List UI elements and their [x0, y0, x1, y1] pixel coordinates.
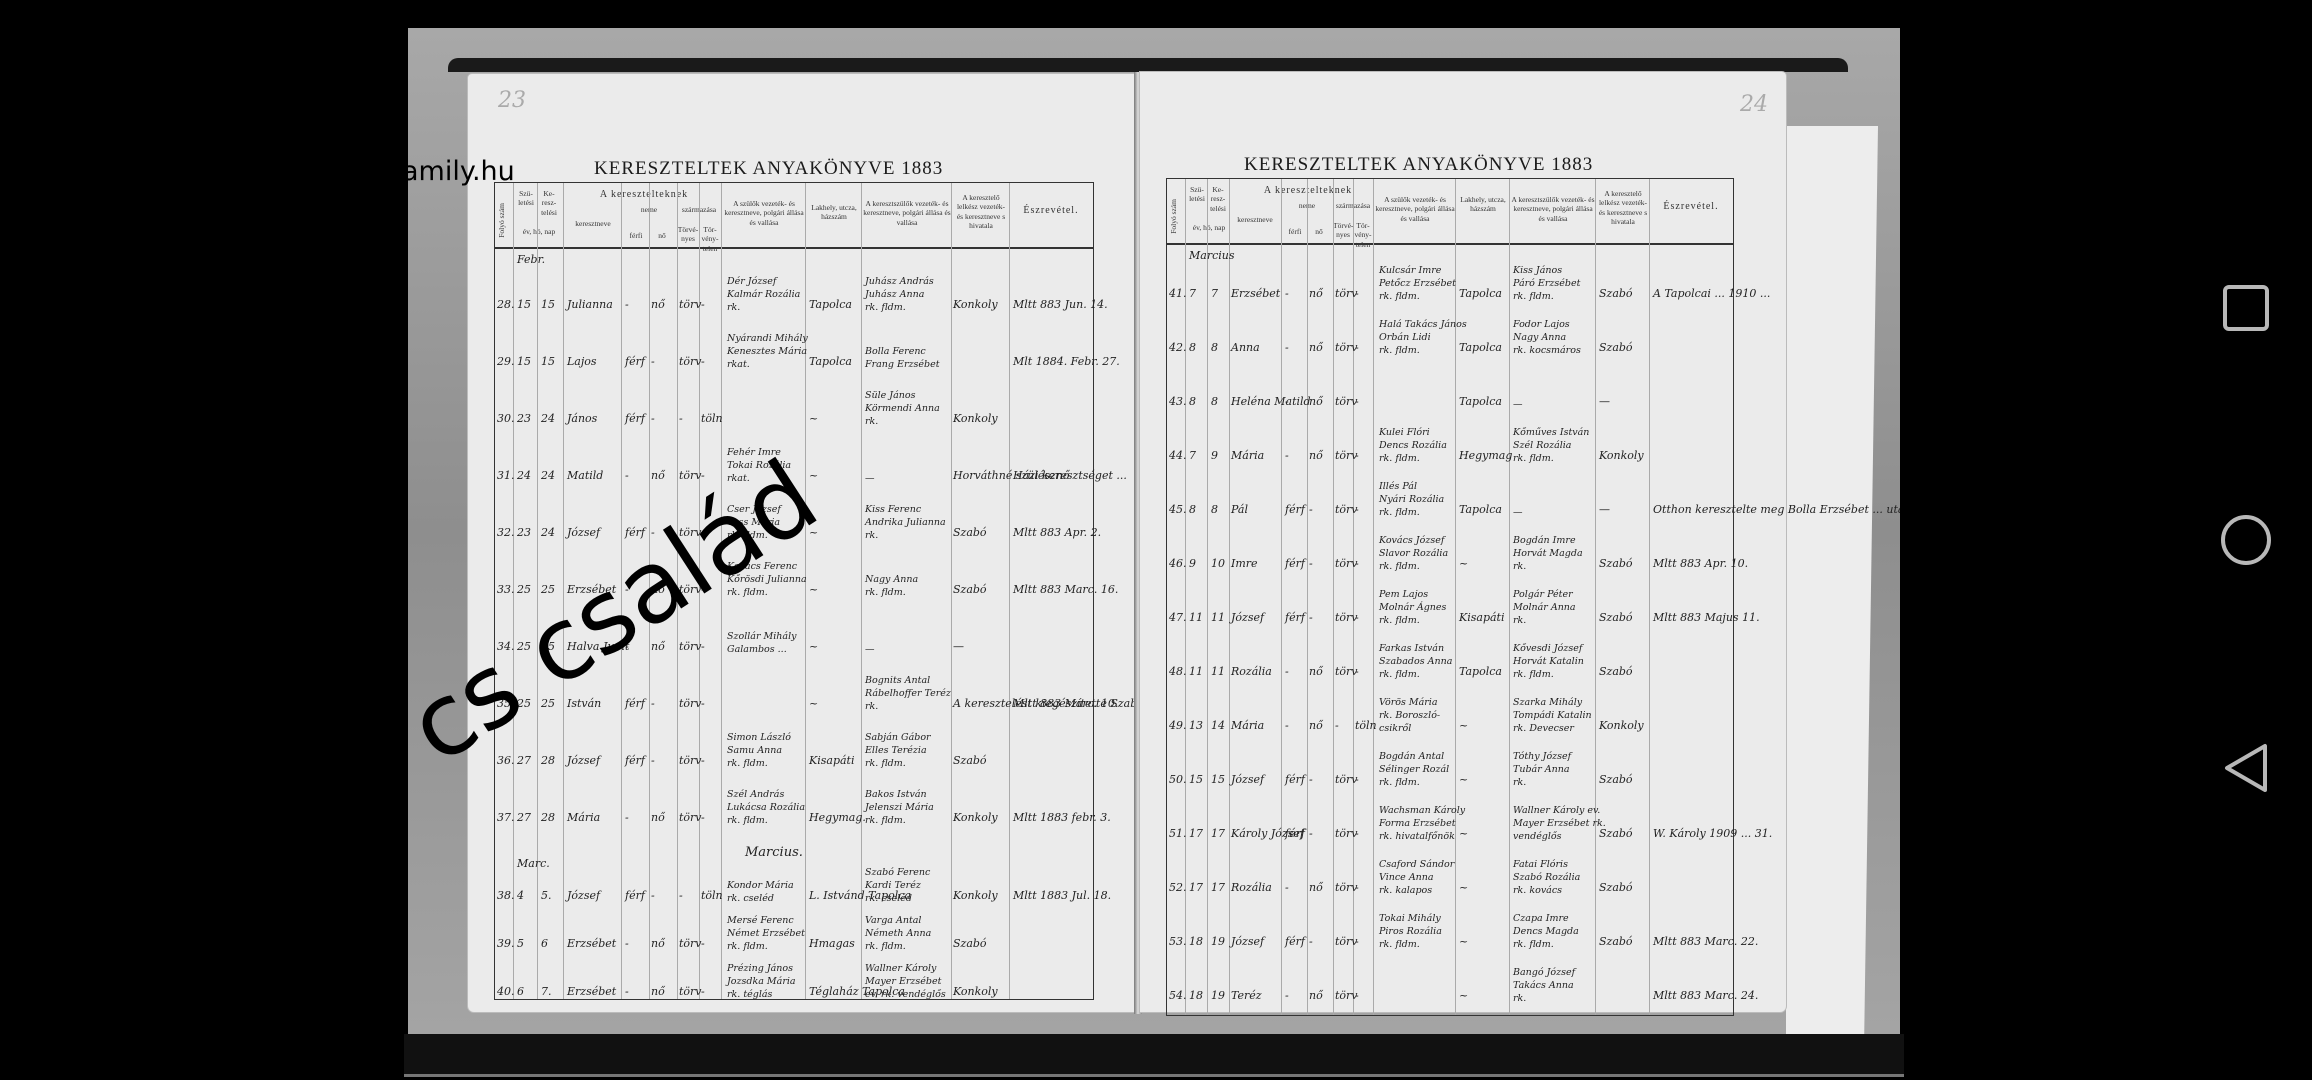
birth-day: 9 [1189, 557, 1196, 570]
sex-male: férf [1285, 773, 1305, 786]
parents-line: rk. fldm. [727, 530, 768, 542]
header-lakhely: Lakhely, utcza, házszám [807, 203, 861, 222]
given-name: Matild [567, 469, 603, 482]
header-keresztszulok: A keresztszülők vezeték- és keresztneve,… [863, 199, 951, 227]
entry-number: 49. [1169, 719, 1187, 732]
baptism-day: 19 [1211, 989, 1225, 1002]
parents-line: Lukácsa Rozália [727, 802, 805, 814]
godparents-line: Mayer Erzsébet rk. [1513, 818, 1606, 830]
residence: ~ [1459, 827, 1468, 840]
priest: Szabó [953, 526, 987, 539]
sex-male: - [1285, 287, 1289, 300]
residence: ~ [1459, 719, 1468, 732]
page-title: KERESZTELTEK ANYAKÖNYVE 1883 [594, 158, 943, 180]
birth-day: 24 [517, 469, 531, 482]
residence: Hmagas [809, 937, 855, 950]
header-keresztelesi: Ke-resz-telési [537, 189, 561, 217]
baptism-day: 15 [1211, 773, 1225, 786]
sex-female: nő [1309, 449, 1323, 462]
given-name: Heléna Matild [1231, 395, 1311, 408]
baptism-day: 8 [1211, 341, 1218, 354]
birth-day: 11 [1189, 665, 1203, 678]
parents-line: Tokai Mihály [1379, 913, 1441, 925]
illegitimate: - [1355, 773, 1359, 786]
parents-line: rkat. [727, 473, 750, 485]
sex-male: - [625, 469, 629, 482]
sex-female: - [1309, 611, 1313, 624]
parents-line: Nyári Rozália [1379, 494, 1444, 506]
android-navigation-bar [2180, 0, 2312, 1080]
sex-female: nő [1309, 989, 1323, 1002]
birth-day: 25 [517, 583, 531, 596]
document-scan[interactable]: 23 KERESZTELTEK ANYAKÖNYVE 1883 Folyó sz… [408, 28, 1900, 1034]
baptism-day: 7. [541, 985, 552, 998]
birth-day: 6 [517, 985, 524, 998]
parents-line: Nyárandi Mihály [727, 333, 808, 345]
birth-day: 17 [1189, 881, 1203, 894]
header-szuletesi: Szü-letési [1187, 185, 1207, 204]
parents-line: rk. fldm. [1379, 669, 1420, 681]
godparents-line: rk. fldm. [1513, 291, 1554, 303]
sex-female: nő [1309, 341, 1323, 354]
legitimate: törv [679, 640, 702, 653]
parents-line: Tokai Rozália [727, 460, 791, 472]
baptism-day: 25 [541, 640, 555, 653]
entry-number: 37. [497, 811, 515, 824]
residence: Tapolca [1459, 341, 1502, 354]
table-row: 47.1111Józsefférf-törv-KisapátiSzabóMltt… [1167, 575, 1733, 629]
residence: Hegymag [1459, 449, 1512, 462]
table-row: 52.1717Rozália-nőtörv-~SzabóCsaford Sánd… [1167, 845, 1733, 899]
residence: ~ [809, 697, 818, 710]
godparents-line: vendéglős [1513, 831, 1562, 843]
header-keresztneve: keresztneve [1229, 215, 1281, 224]
header-lakhely: Lakhely, utcza, házszám [1457, 195, 1509, 214]
godparents-line: Páró Erzsébet [1513, 278, 1580, 290]
triangle-back-icon [2221, 742, 2271, 794]
priest: — [1599, 503, 1610, 516]
sex-male: - [1285, 989, 1289, 1002]
entry-number: 46. [1169, 557, 1187, 570]
priest: Szabó [1599, 935, 1633, 948]
given-name: Pál [1231, 503, 1248, 516]
godparents-line: rk. Devecser [1513, 723, 1574, 735]
table-row: 34.2525Halva Judit-nőtörv-~—Szollár Mihá… [495, 601, 1093, 658]
legitimate: - [1335, 719, 1339, 732]
residence: Tapolca [809, 298, 852, 311]
legitimate: - [679, 889, 683, 902]
baptism-day: 25 [541, 697, 555, 710]
illegitimate: töln [701, 412, 723, 425]
godparents-line: Mayer Erzsébet [865, 976, 941, 988]
godparents-line: Kiss János [1513, 265, 1562, 277]
sex-male: - [1285, 449, 1289, 462]
birth-day: 23 [517, 526, 531, 539]
godparents-line: Fatai Flóris [1513, 859, 1568, 871]
parents-line: Német Erzsébet [727, 928, 805, 940]
remark: Mltt 883 Marc. 16. [1013, 583, 1118, 596]
birth-day: 8 [1189, 395, 1196, 408]
table-row: 45.88Pálférf-törv-Tapolca—Otthon kereszt… [1167, 467, 1733, 521]
residence: Tapolca [1459, 503, 1502, 516]
sex-female: nő [651, 469, 665, 482]
sex-male: - [1285, 881, 1289, 894]
residence: Kisapáti [809, 754, 854, 767]
baptism-day: 24 [541, 412, 555, 425]
legitimate: törv [679, 754, 702, 767]
birth-day: 18 [1189, 935, 1203, 948]
priest: Szabó [1599, 881, 1633, 894]
godparents-line: — [1513, 507, 1523, 519]
table-row: 35.2525Istvánférf-törv-~A keresztelést k… [495, 658, 1093, 715]
godparents-line: Körmendi Anna [865, 403, 940, 415]
parents-line: Csaford Sándor [1379, 859, 1454, 871]
parents-line: Kenesztes Mária [727, 346, 807, 358]
residence: Hegymag. [809, 811, 866, 824]
remark: Mltt 1883 Jul. 18. [1013, 889, 1111, 902]
godparents-line: Wallner Károly [865, 963, 936, 975]
godparents-line: Nagy Anna [1513, 332, 1566, 344]
sex-female: - [1309, 773, 1313, 786]
godparents-line: rk. kovács [1513, 885, 1562, 897]
given-name: Rozália [1231, 665, 1272, 678]
priest: Konkoly [953, 889, 998, 902]
baptism-day: 11 [1211, 665, 1225, 678]
godparents-line: Süle János [865, 390, 916, 402]
sex-female: - [651, 526, 655, 539]
table-row: 40.67.Erzsébet-nőtörv-Téglaház TapolcaKo… [495, 955, 1093, 1003]
header-no: nő [649, 231, 675, 240]
residence: Tapolca [809, 355, 852, 368]
given-name: Teréz [1231, 989, 1262, 1002]
birth-day: 8 [1189, 341, 1196, 354]
parents-line: rk. fldm. [1379, 345, 1420, 357]
parents-line: Vörös Mária [1379, 697, 1438, 709]
priest: — [953, 640, 964, 653]
godparents-line: ev. rk. vendéglős [865, 989, 946, 1001]
birth-day: 5 [517, 937, 524, 950]
godparents-line: Czapa Imre [1513, 913, 1569, 925]
parents-line: rk. [727, 302, 740, 314]
table-row: 32.2324Józsefférf-törv-~SzabóMltt 883 Ap… [495, 487, 1093, 544]
table-body: Febr. 28.1515Julianna-nőtörv-TapolcaKonk… [495, 249, 1093, 999]
parents-line: Forma Erzsébet [1379, 818, 1456, 830]
godparents-line: Bognits Antal [865, 675, 930, 687]
residence: ~ [1459, 989, 1468, 1002]
illegitimate: - [701, 298, 705, 311]
parents-line: Szél András [727, 789, 784, 801]
header-eszrevetel: Észrevétel. [1651, 201, 1731, 214]
godparents-line: rk. fldm. [1513, 669, 1554, 681]
entry-number: 48. [1169, 665, 1187, 678]
header-keresztszulok: A keresztszülők vezeték- és keresztneve,… [1511, 195, 1595, 223]
baptism-day: 15 [541, 355, 555, 368]
table-row: 44.79Mária-nőtörv-HegymagKonkolyKulei Fl… [1167, 413, 1733, 467]
header-keresztneve: keresztneve [565, 219, 621, 228]
entry-number: 41. [1169, 287, 1187, 300]
sex-male: férf [625, 526, 645, 539]
given-name: József [567, 754, 600, 767]
right-page: 24 KERESZTELTEK ANYAKÖNYVE 1883 Folyó sz… [1140, 72, 1786, 1012]
illegitimate: töln [1355, 719, 1377, 732]
home-button[interactable] [2206, 500, 2286, 580]
godparents-line: rk. [1513, 615, 1526, 627]
sex-female: nő [1309, 395, 1323, 408]
header-lelkesz: A keresztelő lelkész vezeték- és kereszt… [953, 193, 1009, 231]
sex-male: férf [1285, 827, 1305, 840]
sex-male: - [625, 298, 629, 311]
godparents-line: rk. fldm. [1513, 453, 1554, 465]
given-name: Mária [1231, 449, 1264, 462]
illegitimate: - [1355, 341, 1359, 354]
baptism-day: 25 [541, 583, 555, 596]
page-title: KERESZTELTEK ANYAKÖNYVE 1883 [1244, 154, 1593, 176]
sex-female: nő [1309, 287, 1323, 300]
parents-line: Bogdán Antal [1379, 751, 1444, 763]
sex-female: - [1309, 557, 1313, 570]
given-name: József [1231, 773, 1264, 786]
parents-line: Kalmár Rozália [727, 289, 800, 301]
square-icon [2222, 284, 2270, 332]
legitimate: törv [679, 583, 702, 596]
godparents-line: Kardi Teréz [865, 880, 921, 892]
sex-male: férf [1285, 503, 1305, 516]
parents-line: Kulcsár Imre [1379, 265, 1441, 277]
parents-line: rk. téglás [727, 989, 772, 1001]
parents-line: rk. fldm. [1379, 291, 1420, 303]
sex-female: - [1309, 935, 1313, 948]
parents-line: rk. fldm. [1379, 561, 1420, 573]
given-name: Mária [567, 811, 600, 824]
residence: Kisapáti [1459, 611, 1504, 624]
sex-female: nő [651, 937, 665, 950]
godparents-line: Molnár Anna [1513, 602, 1576, 614]
remark: Házi keresztséget ... [1013, 469, 1127, 482]
header-szuletesi: Szü-letési [515, 189, 537, 208]
godparents-line: Wallner Károly ev. [1513, 805, 1600, 817]
godparents-line: Horvát Katalin [1513, 656, 1584, 668]
sex-female: - [1309, 503, 1313, 516]
godparents-line: Szarka Mihály [1513, 697, 1582, 709]
entry-number: 54. [1169, 989, 1187, 1002]
godparents-line: rk. [865, 530, 878, 542]
remark: Mlt 1884. Febr. 27. [1013, 355, 1120, 368]
sex-female: nő [1309, 665, 1323, 678]
sex-male: férf [625, 355, 645, 368]
godparents-line: — [1513, 399, 1523, 411]
birth-day: 8 [1189, 503, 1196, 516]
remark: Mltt 883 Apr. 2. [1013, 526, 1101, 539]
recents-button[interactable] [2206, 268, 2286, 348]
given-name: Julianna [567, 298, 613, 311]
priest: Szabó [1599, 557, 1633, 570]
godparents-line: Rábelhoffer Teréz [865, 688, 951, 700]
baptism-day: 28 [541, 754, 555, 767]
priest: Konkoly [1599, 719, 1644, 732]
sex-male: - [625, 937, 629, 950]
priest: Szabó [1599, 773, 1633, 786]
given-name: Anna [1231, 341, 1260, 354]
image-viewer[interactable]: 23 KERESZTELTEK ANYAKÖNYVE 1883 Folyó sz… [0, 0, 2180, 1080]
illegitimate: - [1355, 395, 1359, 408]
entry-number: 52. [1169, 881, 1187, 894]
illegitimate: - [701, 754, 705, 767]
table-row: 29.1515Lajosférf-törv-TapolcaMlt 1884. F… [495, 316, 1093, 373]
legitimate: - [679, 412, 683, 425]
header-lelkesz: A keresztelő lelkész vezeték- és kereszt… [1597, 189, 1649, 227]
parents-line: Orbán Lidi [1379, 332, 1431, 344]
table-row: 39.56Erzsébet-nőtörv-HmagasSzabóMersé Fe… [495, 907, 1093, 955]
sex-female: nő [651, 583, 665, 596]
sex-female: - [651, 754, 655, 767]
legitimate: törv [679, 526, 702, 539]
priest: Konkoly [953, 811, 998, 824]
parents-line: Szabados Anna [1379, 656, 1452, 668]
illegitimate: - [1355, 449, 1359, 462]
priest: Konkoly [953, 985, 998, 998]
sex-female: - [651, 889, 655, 902]
parents-line: rk. fldm. [727, 941, 768, 953]
godparents-line: Tóthy József [1513, 751, 1571, 763]
baptism-day: 17 [1211, 827, 1225, 840]
parents-line: Illés Pál [1379, 481, 1417, 493]
given-name: József [1231, 935, 1264, 948]
parents-line: Kovács József [1379, 535, 1444, 547]
residence: ~ [1459, 935, 1468, 948]
entry-number: 33. [497, 583, 515, 596]
birth-day: 15 [517, 355, 531, 368]
entry-number: 31. [497, 469, 515, 482]
baptism-day: 24 [541, 469, 555, 482]
parents-line: rk. fldm. [1379, 453, 1420, 465]
illegitimate: - [1355, 287, 1359, 300]
godparents-line: Bogdán Imre [1513, 535, 1576, 547]
given-name: Mária [1231, 719, 1264, 732]
birth-day: 7 [1189, 287, 1196, 300]
baptism-day: 6 [541, 937, 548, 950]
baptism-day: 5. [541, 889, 552, 902]
back-button[interactable] [2206, 728, 2286, 808]
parents-line: Wachsman Károly [1379, 805, 1465, 817]
godparents-line: rk. fldm. [865, 758, 906, 770]
entry-number: 34. [497, 640, 515, 653]
sex-male: férf [625, 412, 645, 425]
illegitimate: - [701, 640, 705, 653]
legitimate: törv [679, 811, 702, 824]
illegitimate: - [701, 985, 705, 998]
remark: Mltt 1883 febr. 3. [1013, 811, 1111, 824]
birth-day: 13 [1189, 719, 1203, 732]
parents-line: Prézing János [727, 963, 793, 975]
remark: Mltt 883 Marc. 22. [1653, 935, 1758, 948]
sex-male: - [1285, 341, 1289, 354]
residence: ~ [809, 469, 818, 482]
residence: ~ [809, 583, 818, 596]
parents-line: rk. fldm. [1379, 615, 1420, 627]
parents-line: rk. fldm. [1379, 507, 1420, 519]
godparents-line: Tubár Anna [1513, 764, 1570, 776]
sex-female: nő [651, 985, 665, 998]
parents-line: rk. fldm. [1379, 939, 1420, 951]
parents-line: Jozsdka Mária [727, 976, 796, 988]
header-ferfi: férfi [1283, 227, 1307, 236]
sex-male: - [625, 583, 629, 596]
folio-number: 24 [1740, 92, 1768, 117]
given-name: István [567, 697, 601, 710]
birth-day: 23 [517, 412, 531, 425]
godparents-line: Jelenszi Mária [865, 802, 934, 814]
godparents-line: Németh Anna [865, 928, 931, 940]
table-row: 31.2424Matild-nőtörv-~Horváthné szülészn… [495, 430, 1093, 487]
baptism-day: 11 [1211, 611, 1225, 624]
given-name: Rozália [1231, 881, 1272, 894]
birth-day: 4 [517, 889, 524, 902]
header-date: év, hó, nap [1187, 223, 1231, 232]
sex-female: nő [1309, 719, 1323, 732]
illegitimate: - [1355, 557, 1359, 570]
priest: Konkoly [953, 412, 998, 425]
table-header: Folyó szám Szü-letési Ke-resz-telési év,… [495, 183, 1093, 249]
given-name: Erzsébet [567, 985, 616, 998]
legitimate: törv [679, 355, 702, 368]
parents-line: Petőcz Erzsébet [1379, 278, 1456, 290]
table-row: 28.1515Julianna-nőtörv-TapolcaKonkolyMlt… [495, 259, 1093, 316]
entry-number: 28. [497, 298, 515, 311]
parents-line: Kovács Ferenc [727, 561, 797, 573]
month-heading: Marcius. [745, 845, 803, 860]
remark: A Tapolcai ... 1910 ... [1653, 287, 1770, 300]
legitimate: törv [679, 985, 702, 998]
parents-line: rk. fldm. [727, 815, 768, 827]
baptism-day: 28 [541, 811, 555, 824]
given-name: Halva Judit [567, 640, 629, 653]
entry-number: 38. [497, 889, 515, 902]
godparents-line: Kőműves István [1513, 427, 1589, 439]
entry-number: 29. [497, 355, 515, 368]
sex-female: nő [1309, 881, 1323, 894]
godparents-line: Kővesdi József [1513, 643, 1582, 655]
sex-female: - [651, 697, 655, 710]
illegitimate: - [701, 697, 705, 710]
remark: W. Károly 1909 ... 31. [1653, 827, 1772, 840]
parents-line: Fehér Imre [727, 447, 781, 459]
table-row: 37.2728Mária-nőtörv-Hegymag.KonkolyMltt … [495, 772, 1093, 829]
entry-number: 44. [1169, 449, 1187, 462]
entry-number: 42. [1169, 341, 1187, 354]
given-name: János [567, 412, 597, 425]
entry-number: 39. [497, 937, 515, 950]
legitimate: törv [679, 298, 702, 311]
baptism-day: 8 [1211, 503, 1218, 516]
sex-male: - [625, 811, 629, 824]
given-name: József [567, 526, 600, 539]
table-row: 48.1111Rozália-nőtörv-TapolcaSzabóFarkas… [1167, 629, 1733, 683]
header-torvenyes: Törvé-nyes [1333, 221, 1353, 240]
priest: — [1599, 395, 1610, 408]
godparents-line: rk. cseléd [865, 893, 912, 905]
entry-number: 51. [1169, 827, 1187, 840]
parents-line: Slavor Rozália [1379, 548, 1448, 560]
godparents-line: Bangó József [1513, 967, 1575, 979]
remark: Mltt 883 Majus 11. [1653, 611, 1760, 624]
sex-male: férf [1285, 557, 1305, 570]
godparents-line: Frang Erzsébet [865, 359, 940, 371]
parents-line: rk. fldm. [1379, 777, 1420, 789]
entry-number: 47. [1169, 611, 1187, 624]
godparents-line: Szabó Ferenc [865, 867, 930, 879]
godparents-line: Szél Rozália [1513, 440, 1571, 452]
given-name: Imre [1231, 557, 1258, 570]
